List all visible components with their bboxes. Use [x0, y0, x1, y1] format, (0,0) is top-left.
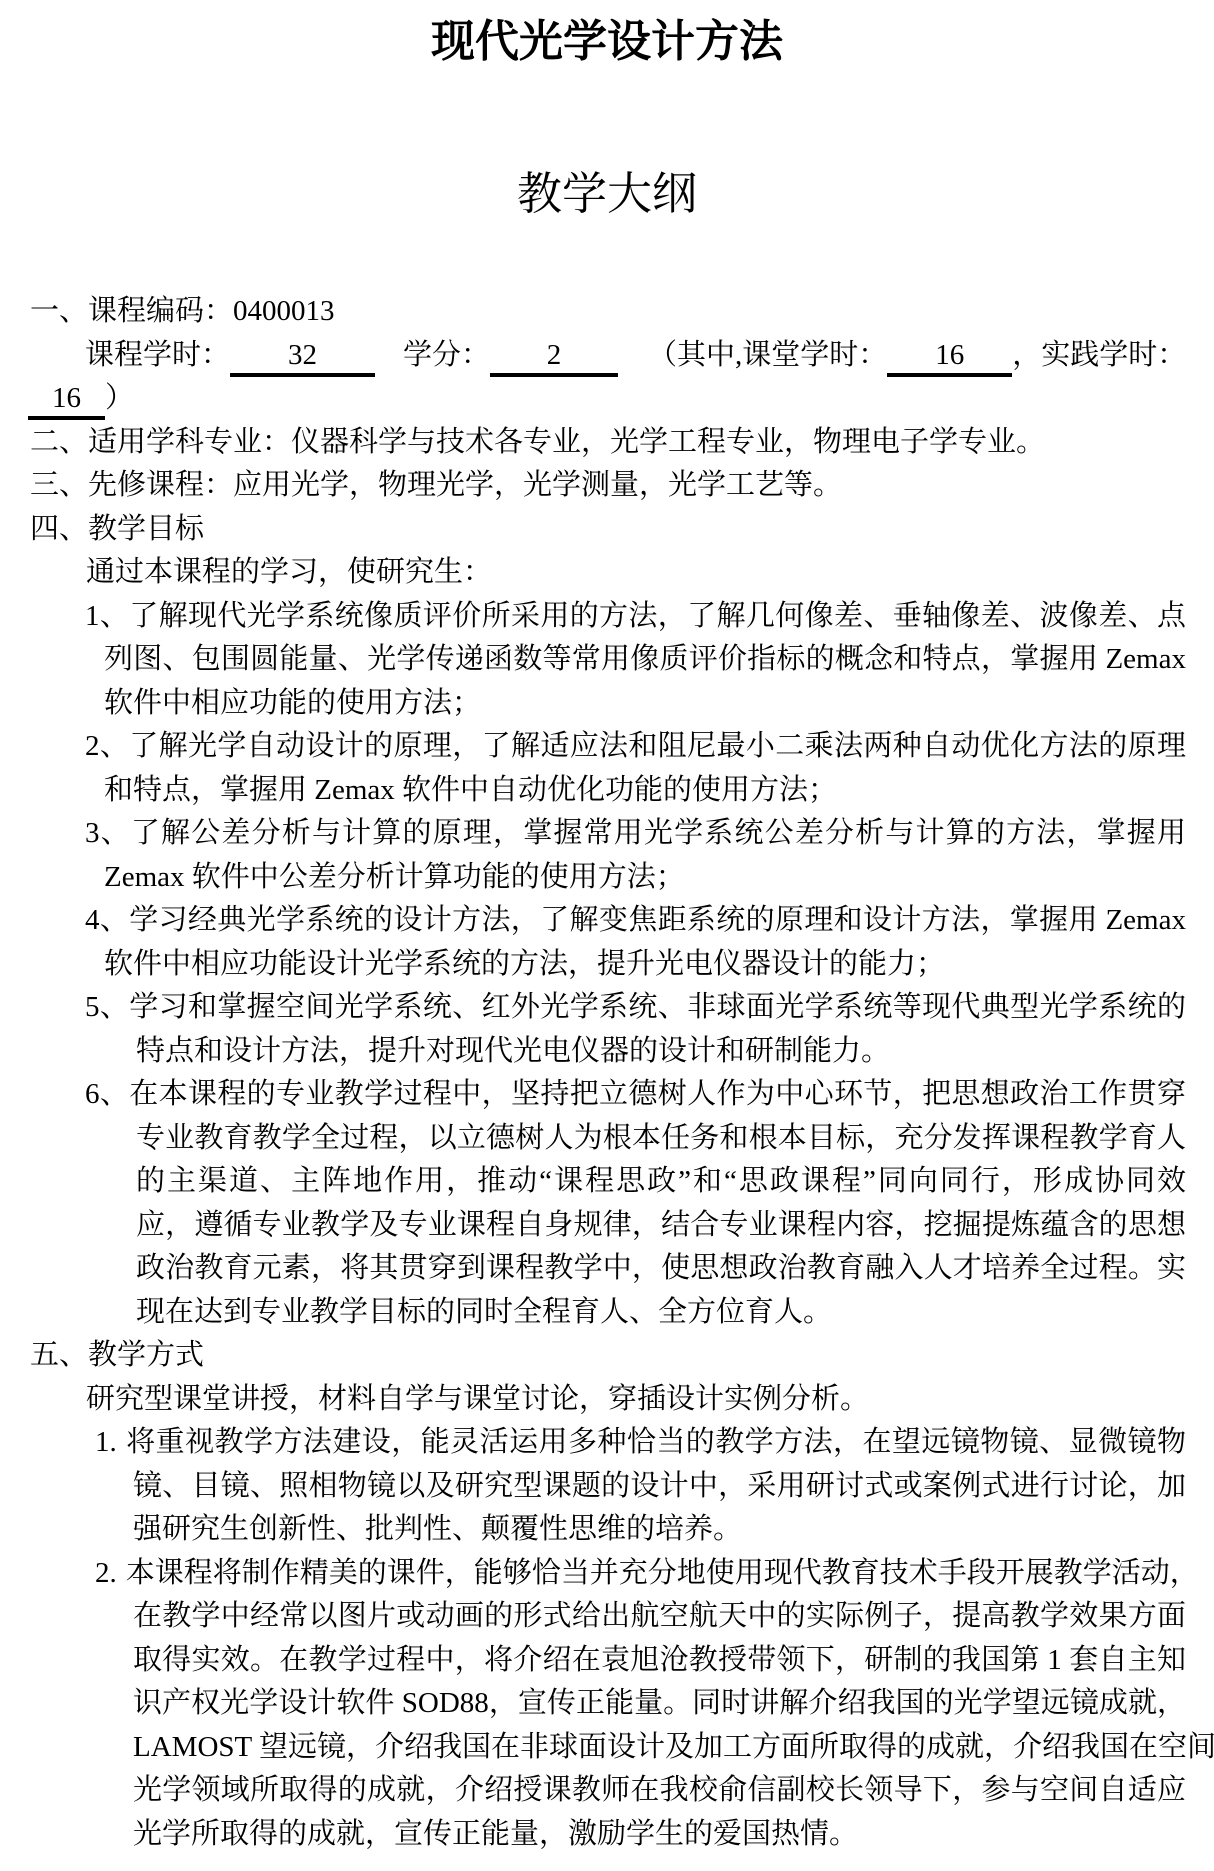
course-code-value: 0400013 [233, 295, 335, 327]
doc-subtitle: 教学大纲 [0, 166, 1214, 222]
objective-line: 特点和设计方法，提升对现代光电仪器的设计和研制能力。 [136, 1030, 1214, 1074]
class-hours-blank: 16 [887, 337, 1012, 377]
credits-label: 学分： [403, 339, 490, 371]
method-line: 光学领域所取得的成就，介绍授课教师在我校俞信副校长领导下，参与空间自适应 [133, 1769, 1186, 1813]
section5-intro: 研究型课堂讲授，材料自学与课堂讨论，穿插设计实例分析。 [86, 1378, 1214, 1422]
method-line: 强研究生创新性、批判性、颠覆性思维的培养。 [133, 1508, 1214, 1552]
objective-line: 政治教育元素，将其贯穿到课程教学中，使思想政治教育融入人才培养全过程。实 [136, 1247, 1186, 1291]
doc-body: 一、课程编码：0400013 课程学时：32学分：2（其中,课堂学时：16，实践… [0, 290, 1214, 1856]
course-hours-line: 课程学时：32学分：2（其中,课堂学时：16，实践学时： [85, 334, 1214, 378]
method-text: 本课程将制作精美的课件，能够恰当并充分地使用现代教育技术手段开展教学活动， [126, 1557, 1199, 1589]
practice-hours-blank: 16 [28, 380, 105, 420]
section2-line: 二、适用学科专业：仪器科学与技术各专业，光学工程专业，物理电子学专业。 [30, 421, 1214, 465]
objective-line: 5、学习和掌握空间光学系统、红外光学系统、非球面光学系统等现代典型光学系统的 [85, 986, 1186, 1030]
class-hours-label: （其中,课堂学时： [648, 339, 887, 371]
section4-intro: 通过本课程的学习，使研究生： [86, 551, 1214, 595]
method-line: 在教学中经常以图片或动画的形式给出航空航天中的实际例子，提高教学效果方面 [133, 1595, 1186, 1639]
method-line: 光学所取得的成就，宣传正能量，激励学生的爱国热情。 [133, 1813, 1214, 1857]
hours-label: 课程学时： [85, 339, 230, 371]
objective-line: 软件中相应功能设计光学系统的方法，提升光电仪器设计的能力； [104, 943, 1214, 987]
syllabus-page: { "document": { "title": "现代光学设计方法", "su… [0, 0, 1214, 1871]
objective-line: Zemax 软件中公差分析计算功能的使用方法； [104, 856, 1214, 900]
method-text: 将重视教学方法建设，能灵活运用多种恰当的教学方法，在望远镜物镜、显微镜物 [126, 1426, 1186, 1458]
credits-blank: 2 [490, 337, 618, 377]
method-line: 识产权光学设计软件 SOD88，宣传正能量。同时讲解介绍我国的光学望远镜成就， [133, 1682, 1186, 1726]
course-code-label: 一、课程编码： [30, 295, 233, 327]
objective-line: 1、了解现代光学系统像质评价所采用的方法，了解几何像差、垂轴像差、波像差、点 [85, 595, 1186, 639]
method-line: 镜、目镜、照相物镜以及研究型课题的设计中，采用研讨式或案例式进行讨论，加 [133, 1465, 1186, 1509]
method-line: 取得实效。在教学过程中，将介绍在袁旭沧教授带领下，研制的我国第 1 套自主知 [133, 1639, 1186, 1683]
section3-line: 三、先修课程：应用光学，物理光学，光学测量，光学工艺等。 [30, 464, 1214, 508]
practice-hours-label: ，实践学时： [1012, 339, 1186, 371]
practice-hours-wrap-line: 16） [28, 377, 1214, 421]
objective-line: 6、在本课程的专业教学过程中，坚持把立德树人作为中心环节，把思想政治工作贯穿 [85, 1073, 1186, 1117]
objective-line: 列图、包围圆能量、光学传递函数等常用像质评价指标的概念和特点，掌握用 Zemax [104, 638, 1186, 682]
doc-title: 现代光学设计方法 [0, 14, 1214, 69]
objective-line: 专业教育教学全过程，以立德树人为根本任务和根本目标，充分发挥课程教学育人 [136, 1117, 1186, 1161]
objective-line: 和特点，掌握用 Zemax 软件中自动优化功能的使用方法； [104, 769, 1214, 813]
objective-line: 现在达到专业教学目标的同时全程育人、全方位育人。 [136, 1291, 1214, 1335]
course-code-line: 一、课程编码：0400013 [30, 290, 1214, 334]
close-paren: ） [105, 382, 134, 414]
objective-line: 软件中相应功能的使用方法； [104, 682, 1214, 726]
item-number: 2. [95, 1557, 117, 1589]
method-line: LAMOST 望远镜，介绍我国在非球面设计及加工方面所取得的成就，介绍我国在空间 [133, 1726, 1186, 1770]
method-line: 2.本课程将制作精美的课件，能够恰当并充分地使用现代教育技术手段开展教学活动， [95, 1552, 1186, 1596]
hours-blank: 32 [230, 337, 375, 377]
objective-line: 应，遵循专业教学及专业课程自身规律，结合专业课程内容，挖掘提炼蕴含的思想 [136, 1204, 1186, 1248]
objective-line: 4、学习经典光学系统的设计方法，了解变焦距系统的原理和设计方法，掌握用 Zema… [85, 899, 1186, 943]
objective-line: 2、了解光学自动设计的原理，了解适应法和阻尼最小二乘法两种自动优化方法的原理 [85, 725, 1186, 769]
item-number: 1. [95, 1426, 117, 1458]
method-line: 1.将重视教学方法建设，能灵活运用多种恰当的教学方法，在望远镜物镜、显微镜物 [95, 1421, 1186, 1465]
section4-heading: 四、教学目标 [30, 508, 1214, 552]
objective-line: 3、了解公差分析与计算的原理，掌握常用光学系统公差分析与计算的方法，掌握用 [85, 812, 1186, 856]
objective-line: 的主渠道、主阵地作用，推动“课程思政”和“思政课程”同向同行，形成协同效 [136, 1160, 1186, 1204]
section5-heading: 五、教学方式 [30, 1334, 1214, 1378]
